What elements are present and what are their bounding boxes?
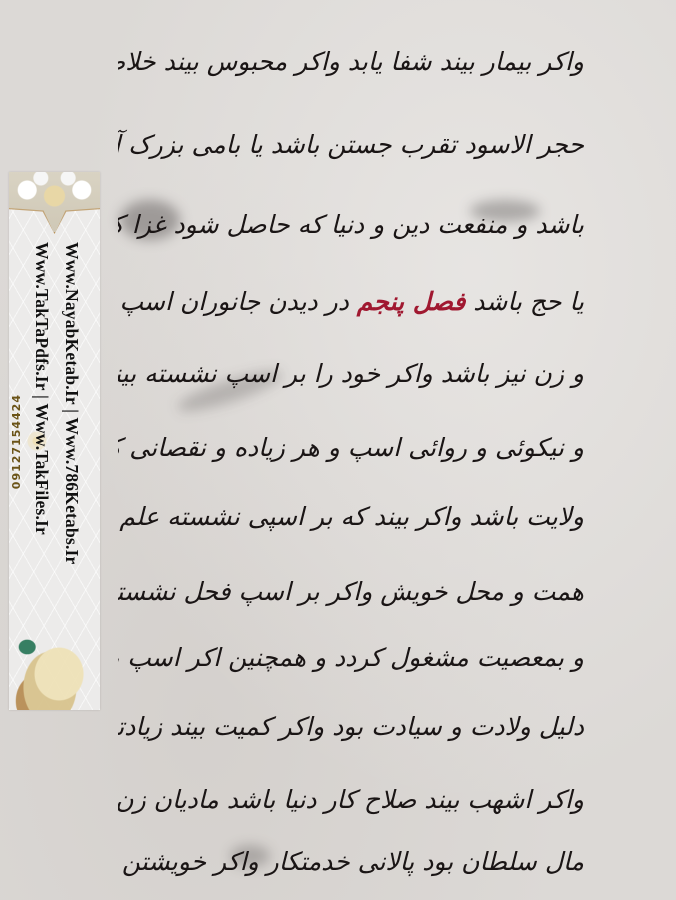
- watermark-urls-primary: Www.NayabKetab.Ir | Www.786Ketabs.Ir: [61, 242, 82, 565]
- watermark-urls-secondary: Www.TakTaPdfs.Ir | Www.TakFiles.Ir: [31, 242, 52, 535]
- text-line-4: یا حج باشد فصل پنجم در دیدن جانوران اسپ …: [118, 278, 584, 326]
- watermark-banner: Www.NayabKetab.Ir | Www.786Ketabs.Ir Www…: [9, 172, 100, 710]
- text-line-8: همت و محل خویش واکر بر اسپ فحل نشسته باش…: [118, 568, 584, 616]
- text-line-9: و بمعصیت مشغول کردد و همچنین اکر اسپ بره…: [118, 634, 584, 682]
- text-line-10: دلیل ولادت و سیادت بود واکر کمیت بیند زی…: [118, 703, 584, 751]
- text-line-5: و زن نیز باشد واکر خود را بر اسپ نشسته ب…: [118, 350, 584, 398]
- text-line-1: واکر بیمار بیند شفا یابد واکر محبوس بیند…: [118, 38, 584, 86]
- text-line-2: حجر الاسود تقرب جستن باشد یا بامی بزرک آ…: [118, 121, 584, 169]
- text-line-3: باشد و منفعت دین و دنیا که حاصل شود غزا …: [118, 201, 584, 249]
- chapter-heading: فصل پنجم: [357, 287, 466, 316]
- text-line-7: ولایت باشد واکر بیند که بر اسپی نشسته عل…: [118, 493, 584, 541]
- book-illustration-icon: [9, 620, 100, 710]
- banner-ornament-cap: [9, 172, 100, 234]
- watermark-phone: 09127154424: [10, 394, 23, 489]
- text-line-4-pre: یا حج باشد: [465, 287, 584, 316]
- text-line-12: مال سلطان بود پالانی خدمتکار واکر خویشتن…: [118, 838, 584, 886]
- text-line-6: و نیکوئی و روائی اسپ و هر زیاده و نقصانی…: [118, 424, 584, 472]
- text-line-4-post: در دیدن جانوران اسپ ولایت و دولت: [118, 287, 357, 316]
- manuscript-page: واکر بیمار بیند شفا یابد واکر محبوس بیند…: [0, 0, 676, 900]
- text-line-11: واکر اشهب بیند صلاح کار دنیا باشد مادیان…: [118, 776, 584, 824]
